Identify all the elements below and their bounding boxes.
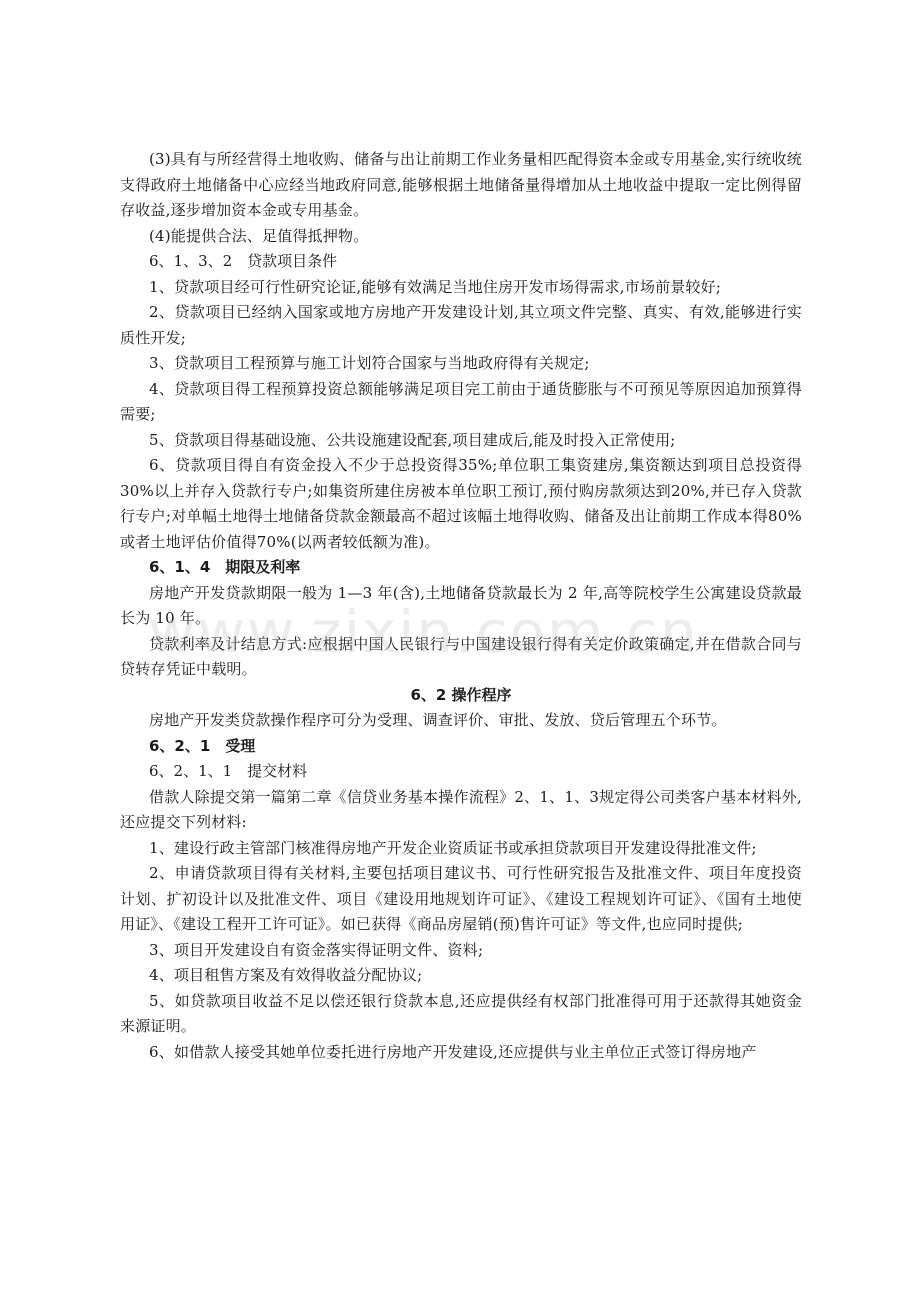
- paragraph-submit-materials: 借款人除提交第一篇第二章《信贷业务基本操作流程》2、1、1、3规定得公司类客户基…: [120, 785, 802, 836]
- list-item-material-3: 3、项目开发建设自有资金落实得证明文件、资料;: [120, 938, 802, 964]
- list-item-condition-5: 5、贷款项目得基础设施、公共设施建设配套,项目建成后,能及时投入正常使用;: [120, 428, 802, 454]
- document-page: (3)具有与所经营得土地收购、储备与出让前期工作业务量相匹配得资本金或专用基金,…: [120, 147, 802, 1065]
- section-heading-6-2: 6、2 操作程序: [120, 683, 802, 709]
- section-heading-6-2-1-1: 6、2、1、1 提交材料: [120, 759, 802, 785]
- paragraph-collateral: (4)能提供合法、足值得抵押物。: [120, 224, 802, 250]
- list-item-condition-6: 6、贷款项目得自有资金投入不少于总投资得35%;单位职工集资建房,集资额达到项目…: [120, 453, 802, 555]
- list-item-condition-3: 3、贷款项目工程预算与施工计划符合国家与当地政府得有关规定;: [120, 351, 802, 377]
- section-heading-6-1-4: 6、1、4 期限及利率: [120, 555, 802, 581]
- list-item-material-2: 2、申请贷款项目得有关材料,主要包括项目建议书、可行性研究报告及批准文件、项目年…: [120, 861, 802, 938]
- section-heading-6-1-3-2: 6、1、3、2 贷款项目条件: [120, 249, 802, 275]
- list-item-condition-1: 1、贷款项目经可行性研究论证,能够有效满足当地住房开发市场得需求,市场前景较好;: [120, 275, 802, 301]
- list-item-material-5: 5、如贷款项目收益不足以偿还银行贷款本息,还应提供经有权部门批准得可用于还款得其…: [120, 989, 802, 1040]
- list-item-material-1: 1、建设行政主管部门核准得房地产开发企业资质证书或承担贷款项目开发建设得批准文件…: [120, 836, 802, 862]
- list-item-material-4: 4、项目租售方案及有效得收益分配协议;: [120, 963, 802, 989]
- paragraph-procedure-overview: 房地产开发类贷款操作程序可分为受理、调查评价、审批、发放、贷后管理五个环节。: [120, 708, 802, 734]
- paragraph-capital-requirement: (3)具有与所经营得土地收购、储备与出让前期工作业务量相匹配得资本金或专用基金,…: [120, 147, 802, 224]
- paragraph-interest-rate: 贷款利率及计结息方式:应根据中国人民银行与中国建设银行得有关定价政策确定,并在借…: [120, 632, 802, 683]
- paragraph-loan-term: 房地产开发贷款期限一般为 1—3 年(含),土地储备贷款最长为 2 年,高等院校…: [120, 581, 802, 632]
- list-item-material-6: 6、如借款人接受其她单位委托进行房地产开发建设,还应提供与业主单位正式签订得房地…: [120, 1040, 802, 1066]
- list-item-condition-2: 2、贷款项目已经纳入国家或地方房地产开发建设计划,其立项文件完整、真实、有效,能…: [120, 300, 802, 351]
- section-heading-6-2-1: 6、2、1 受理: [120, 734, 802, 760]
- list-item-condition-4: 4、贷款项目得工程预算投资总额能够满足项目完工前由于通货膨胀与不可预见等原因追加…: [120, 377, 802, 428]
